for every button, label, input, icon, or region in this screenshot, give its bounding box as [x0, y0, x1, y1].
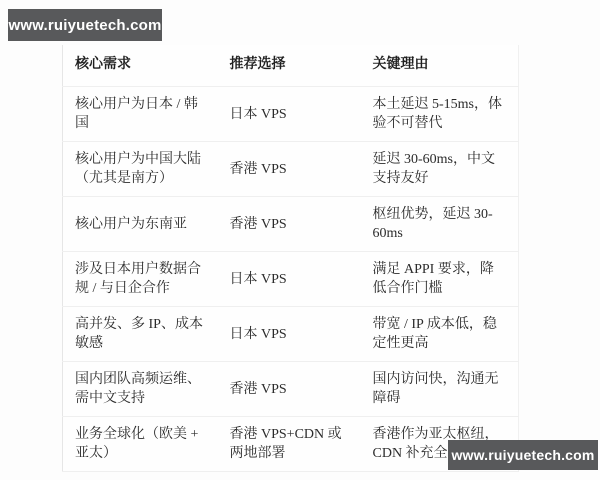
table-row: 核心用户为中国大陆（尤其是南方） 香港 VPS 延迟 30-60ms，中文支持友… — [63, 142, 519, 197]
column-header-choice: 推荐选择 — [218, 45, 361, 87]
table-row: 高并发、多 IP、成本敏感 日本 VPS 带宽 / IP 成本低，稳定性更高 — [63, 307, 519, 362]
cell-reason: 国内访问快，沟通无障碍 — [361, 362, 519, 417]
cell-reason: 带宽 / IP 成本低，稳定性更高 — [361, 307, 519, 362]
watermark-badge-bottom-right: www.ruiyuetech.com — [448, 440, 598, 470]
cell-need: 高并发、多 IP、成本敏感 — [63, 307, 218, 362]
cell-choice: 香港 VPS — [218, 142, 361, 197]
cell-choice: 日本 VPS — [218, 307, 361, 362]
cell-choice: 香港 VPS — [218, 197, 361, 252]
cell-need: 核心用户为日本 / 韩国 — [63, 87, 218, 142]
cell-need: 涉及日本用户数据合规 / 与日企合作 — [63, 252, 218, 307]
table-row: 核心用户为日本 / 韩国 日本 VPS 本土延迟 5-15ms，体验不可替代 — [63, 87, 519, 142]
watermark-badge-top-left: www.ruiyuetech.com — [8, 9, 162, 41]
table-row: 涉及日本用户数据合规 / 与日企合作 日本 VPS 满足 APPI 要求，降低合… — [63, 252, 519, 307]
vps-comparison-table-wrap: 核心需求 推荐选择 关键理由 核心用户为日本 / 韩国 日本 VPS 本土延迟 … — [62, 45, 518, 472]
cell-choice: 日本 VPS — [218, 252, 361, 307]
watermark-text: www.ruiyuetech.com — [8, 17, 161, 34]
watermark-text: www.ruiyuetech.com — [451, 447, 594, 463]
cell-reason: 延迟 30-60ms，中文支持友好 — [361, 142, 519, 197]
cell-reason: 本土延迟 5-15ms，体验不可替代 — [361, 87, 519, 142]
cell-need: 核心用户为中国大陆（尤其是南方） — [63, 142, 218, 197]
table-row: 国内团队高频运维、需中文支持 香港 VPS 国内访问快，沟通无障碍 — [63, 362, 519, 417]
cell-need: 业务全球化（欧美 + 亚太） — [63, 417, 218, 472]
cell-choice: 日本 VPS — [218, 87, 361, 142]
table-row: 核心用户为东南亚 香港 VPS 枢纽优势，延迟 30-60ms — [63, 197, 519, 252]
column-header-need: 核心需求 — [63, 45, 218, 87]
cell-reason: 满足 APPI 要求，降低合作门槛 — [361, 252, 519, 307]
vps-comparison-table: 核心需求 推荐选择 关键理由 核心用户为日本 / 韩国 日本 VPS 本土延迟 … — [62, 45, 519, 472]
cell-choice: 香港 VPS+CDN 或 两地部署 — [218, 417, 361, 472]
cell-choice: 香港 VPS — [218, 362, 361, 417]
column-header-reason: 关键理由 — [361, 45, 519, 87]
cell-need: 核心用户为东南亚 — [63, 197, 218, 252]
cell-reason: 枢纽优势，延迟 30-60ms — [361, 197, 519, 252]
cell-need: 国内团队高频运维、需中文支持 — [63, 362, 218, 417]
table-header-row: 核心需求 推荐选择 关键理由 — [63, 45, 519, 87]
